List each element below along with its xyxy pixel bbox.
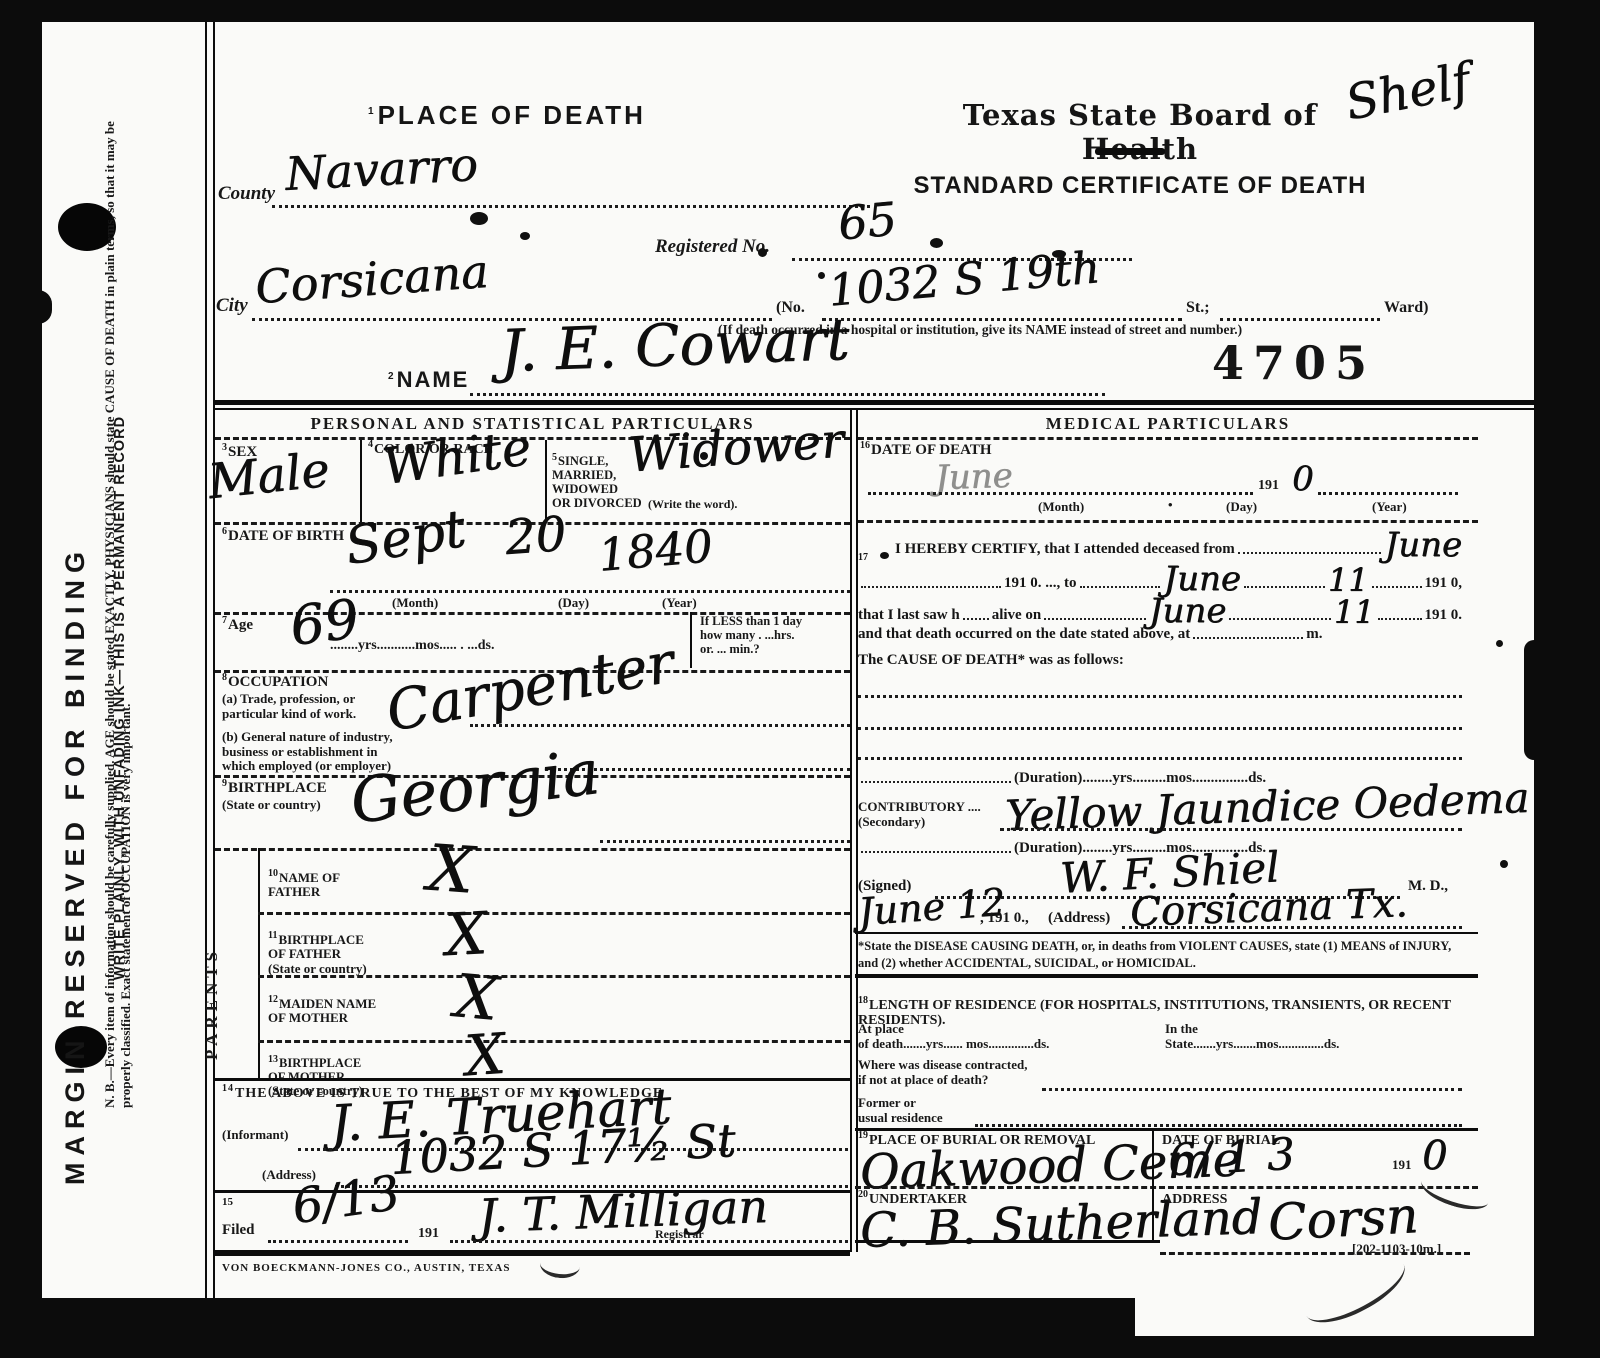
cause-footnote: *State the DISEASE CAUSING DEATH, or, in…	[858, 938, 1458, 972]
dotted-line	[268, 1240, 408, 1243]
death-month-value: June	[934, 459, 1013, 496]
alive-on-label: alive on	[992, 607, 1042, 624]
registrar-label: Registrar	[655, 1228, 704, 1241]
certificate-title: STANDARD CERTIFICATE OF DEATH	[890, 172, 1390, 200]
dotted-line	[1220, 318, 1380, 321]
city-value: Corsicana	[254, 248, 490, 310]
scan-edge-bottom-left	[0, 1298, 1135, 1358]
row-rule	[215, 1078, 850, 1081]
dotted-line	[600, 840, 850, 843]
parents-divider	[258, 848, 260, 1078]
md-label: M. D.,	[1408, 878, 1448, 895]
last-saw-year: 191 0.	[1425, 607, 1463, 624]
margin-binding-text: MARGIN RESERVED FOR BINDING	[60, 330, 94, 1185]
day-sublabel: (Day)	[1226, 500, 1257, 515]
marital-status-value: Widower	[627, 417, 846, 480]
scan-speckle	[880, 552, 889, 559]
dotted-line	[272, 205, 870, 208]
last-saw-month-value: June	[1149, 594, 1227, 628]
informant-label: (Informant)	[222, 1128, 288, 1143]
row-divider	[858, 520, 1478, 523]
birth-day-value: 20	[503, 510, 567, 562]
row-divider	[858, 437, 1478, 440]
date-of-birth-label: 6DATE OF BIRTH	[222, 528, 344, 545]
cell-divider	[360, 440, 362, 522]
cause-blank-line	[858, 727, 1462, 730]
age-units: ........yrs...........mos..... . ...ds.	[330, 638, 495, 654]
scan-edge-notch	[1524, 640, 1544, 760]
year-sublabel: (Year)	[662, 596, 697, 611]
row-divider	[215, 848, 850, 851]
meridiem-label: m.	[1306, 626, 1322, 643]
death-occurred-text: and that death occurred on the date stat…	[858, 626, 1190, 643]
stamp-number: 4705	[1212, 336, 1376, 390]
attended-from-value: June	[1384, 528, 1462, 562]
certify-line-2: 191 0 . ..., to June 11 191 0,	[858, 562, 1462, 592]
ward-label: Ward)	[1384, 299, 1428, 317]
burial-year-printed: 191	[1392, 1158, 1412, 1173]
filed-date-value: 6/13	[289, 1169, 402, 1232]
section-rule	[215, 400, 1534, 405]
printer-imprint: VON BOECKMANN-JONES CO., AUSTIN, TEXAS	[222, 1262, 510, 1274]
undertaker-address-value: Corsn	[1267, 1190, 1420, 1248]
day-sublabel: (Day)	[558, 596, 589, 611]
scan-speckle	[700, 452, 708, 460]
row-divider	[258, 975, 850, 978]
separator-dot: •	[1168, 498, 1173, 513]
certify-intro: I HEREBY CERTIFY, that I attended deceas…	[895, 541, 1235, 558]
last-saw-day-value: 11	[1334, 596, 1375, 628]
from-year: 191 0	[1004, 575, 1038, 592]
dotted-line	[450, 1240, 848, 1243]
certify-line-3: that I last saw h alive on June 11 191 0…	[858, 594, 1462, 624]
registrar-signature: J. T. Milligan	[477, 1183, 768, 1239]
scan-edge-bottom-right	[1135, 1336, 1600, 1358]
place-of-death-heading: 1PLACE OF DEATH	[368, 100, 646, 131]
scan-edge-left	[0, 0, 42, 1358]
death-year-value: 0	[1292, 462, 1314, 496]
scan-speckle	[470, 212, 488, 225]
dotted-line	[868, 492, 1253, 495]
age-label: 7Age	[222, 617, 253, 634]
row-rule	[855, 932, 1478, 934]
agency-smudge	[1095, 148, 1165, 155]
age-less-than-day-note: If LESS than 1 day how many . ...hrs. or…	[700, 614, 802, 656]
county-label: County	[218, 183, 275, 204]
pencil-scribble	[1296, 1245, 1414, 1335]
contributory-label: CONTRIBUTORY .... (Secondary)	[858, 800, 981, 829]
signed-year-printed: , 191 0.,	[980, 910, 1029, 927]
mother-maiden-name-value: X	[452, 966, 500, 1029]
table-bottom-rule	[215, 1250, 850, 1256]
dotted-line	[330, 590, 850, 593]
cell-divider	[1152, 1130, 1154, 1186]
occupation-label: 8OCCUPATION	[222, 674, 328, 691]
scan-edge-notch	[0, 290, 52, 324]
agency-heading: Texas State Board of Health	[905, 98, 1375, 166]
scan-speckle	[520, 232, 530, 240]
parents-group-label: PARENTS	[202, 870, 224, 1060]
scan-speckle	[1496, 640, 1503, 647]
dotted-line	[822, 318, 1182, 321]
residence-where-contracted: Where was disease contracted, if not at …	[858, 1058, 1027, 1087]
birthplace-label: 9BIRTHPLACE	[222, 780, 327, 797]
certify-line-1: 17 I HEREBY CERTIFY, that I attended dec…	[858, 528, 1462, 558]
row-rule	[855, 1240, 1160, 1243]
mother-maiden-name-label: 12MAIDEN NAME OF MOTHER	[268, 982, 376, 1026]
dotted-line	[470, 724, 850, 727]
marital-write-word-note: (Write the word).	[648, 498, 737, 511]
pencil-scribble	[1417, 1168, 1492, 1216]
filed-year-printed: 191	[418, 1226, 439, 1242]
father-name-value: X	[426, 836, 476, 903]
dotted-line	[470, 393, 1105, 396]
dotted-line	[975, 1124, 1462, 1127]
section-rule	[215, 408, 1534, 410]
county-value: Navarro	[284, 141, 479, 197]
burial-year-value: 0	[1422, 1136, 1447, 1176]
field-number: 1	[368, 106, 377, 117]
year-sublabel: (Year)	[1372, 500, 1407, 515]
margin-rule	[213, 22, 215, 1300]
dotted-line	[1042, 1088, 1462, 1091]
row-rule	[855, 1128, 1478, 1131]
date-of-burial-value: 6/ 1 3	[1167, 1133, 1296, 1184]
filed-label: Filed	[222, 1222, 255, 1239]
death-certificate-scan: MARGIN RESERVED FOR BINDING WRITE PLAINL…	[0, 0, 1600, 1358]
residence-at-place: At place of death.......yrs...... mos...…	[858, 1022, 1049, 1051]
residence-in-state: In the State.......yrs.......mos........…	[1165, 1022, 1339, 1051]
dotted-line	[1122, 926, 1462, 929]
physician-address-label: (Address)	[1048, 910, 1110, 927]
corner-note-handwriting: Shelf	[1342, 56, 1474, 127]
dotted-line	[1318, 492, 1458, 495]
cause-blank-line	[858, 695, 1462, 698]
margin-nb-text: N. B.—Every item of information should b…	[102, 108, 150, 1108]
cause-of-death-label: The CAUSE OF DEATH* was as follows:	[858, 652, 1124, 669]
city-label: City	[216, 295, 248, 316]
father-birthplace-label: 11BIRTHPLACE OF FATHER (State or country…	[268, 918, 367, 976]
cause-blank-line	[858, 757, 1462, 760]
scan-edge-top	[0, 0, 1600, 22]
name-label: 2NAME	[388, 368, 469, 393]
row-divider	[258, 912, 850, 915]
scan-speckle	[758, 248, 767, 257]
scan-speckle	[930, 238, 943, 248]
month-sublabel: (Month)	[1038, 500, 1084, 515]
name-value: J. E. Cowart	[499, 310, 850, 380]
medical-section-title: MEDICAL PARTICULARS	[858, 414, 1478, 433]
undertaker-address-label: ADDRESS	[1162, 1192, 1227, 1208]
birthplace-sublabel: (State or country)	[222, 798, 321, 813]
filed-field-number: 15	[222, 1196, 233, 1208]
father-birthplace-value: X	[444, 904, 488, 964]
row-rule	[855, 974, 1478, 978]
margin-rule	[205, 22, 207, 1300]
last-saw-prefix: that I last saw h	[858, 607, 960, 624]
field-number: 2	[388, 371, 396, 382]
month-sublabel: (Month)	[392, 596, 438, 611]
death-year-printed: 191	[1258, 478, 1279, 494]
birth-year-value: 1840	[596, 523, 714, 578]
scan-speckle	[1052, 250, 1066, 258]
mother-birthplace-value: X	[463, 1027, 507, 1086]
dotted-line	[1000, 828, 1462, 831]
registered-no-label: Registered No.	[655, 236, 770, 257]
column-divider	[850, 410, 852, 1252]
to-day-value: 11	[1328, 564, 1369, 596]
sex-value: Male	[206, 446, 332, 506]
certify-line-4: and that death occurred on the date stat…	[858, 626, 1462, 643]
father-name-label: 10NAME OF FATHER	[268, 856, 340, 900]
street-label: St.;	[1186, 299, 1210, 317]
to-year2: 191 0,	[1425, 575, 1463, 592]
to-word: . ..., to	[1038, 575, 1077, 592]
form-code: [202-1103-10m.]	[1352, 1242, 1441, 1257]
scan-speckle	[818, 272, 825, 279]
residence-former: Former or usual residence	[858, 1096, 943, 1125]
scan-speckle	[1500, 860, 1508, 868]
registered-no-value: 65	[836, 196, 898, 247]
occupation-a-label: (a) Trade, profession, or particular kin…	[222, 692, 356, 721]
cell-divider	[690, 612, 692, 668]
cell-divider	[1152, 1186, 1154, 1242]
